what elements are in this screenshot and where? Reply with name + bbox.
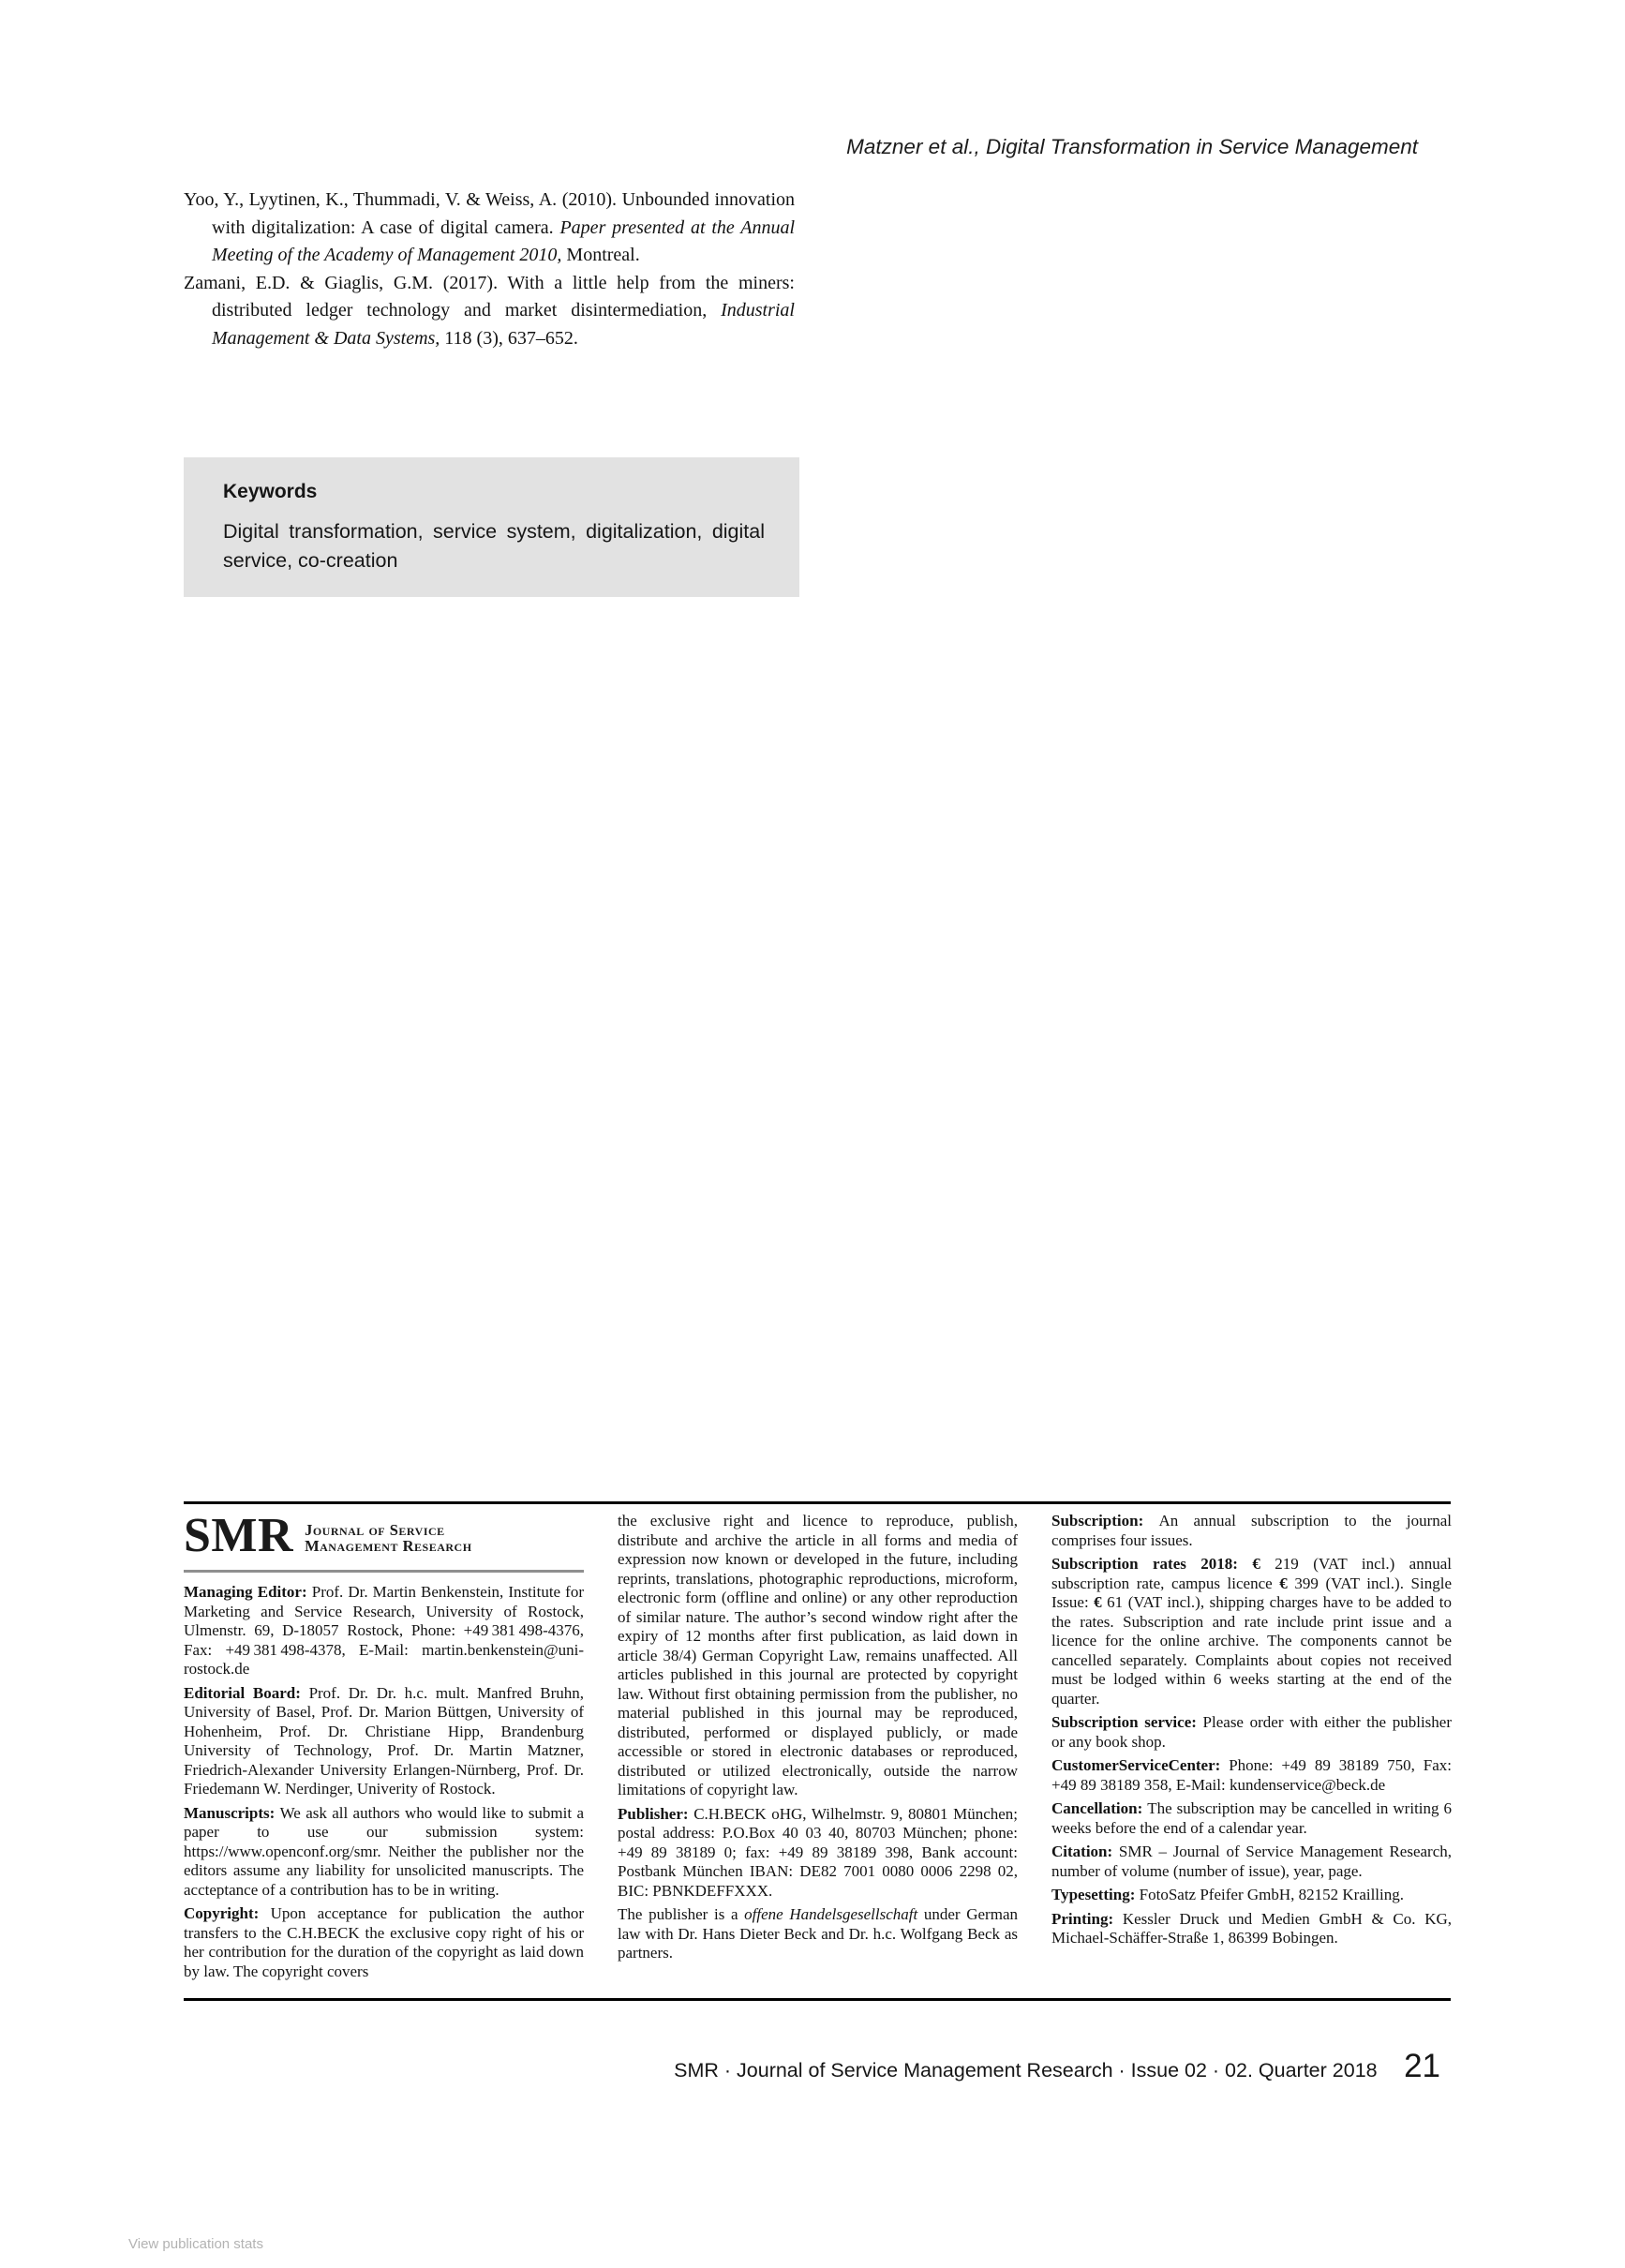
view-publication-stats-link[interactable]: View publication stats — [128, 2236, 263, 2252]
smr-logo-subtitle-line1: Journal of Service — [305, 1522, 471, 1538]
reference-entry: Zamani, E.D. & Giaglis, G.M. (2017). Wit… — [184, 270, 795, 353]
imprint-paragraph-subscription-rates: Subscription rates 2018: € 219 (VAT incl… — [1051, 1555, 1452, 1708]
imprint-paragraph-partnership: The publisher is a offene Handelsgesells… — [618, 1905, 1018, 1963]
imprint-paragraph-subscription-service: Subscription service: Please order with … — [1051, 1713, 1452, 1752]
keywords-heading: Keywords — [223, 481, 764, 503]
keywords-text: Digital transformation, service system, … — [223, 517, 765, 575]
imprint-paragraph-cancellation: Cancellation: The subscription may be ca… — [1051, 1799, 1452, 1838]
page-footer: SMR · Journal of Service Management Rese… — [0, 2048, 1440, 2085]
smr-logo-subtitle-line2: Management Research — [305, 1538, 471, 1554]
imprint-paragraph-editorial-board: Editorial Board: Prof. Dr. Dr. h.c. mult… — [184, 1684, 584, 1799]
imprint-paragraph-managing-editor: Managing Editor: Prof. Dr. Martin Benken… — [184, 1583, 584, 1679]
imprint-paragraph-typesetting: Typesetting: FotoSatz Pfeifer GmbH, 8215… — [1051, 1886, 1452, 1905]
imprint-paragraph-customer-service: CustomerServiceCenter: Phone: +49 89 381… — [1051, 1756, 1452, 1795]
imprint-top-rule — [184, 1501, 1451, 1504]
reference-entry: Yoo, Y., Lyytinen, K., Thummadi, V. & We… — [184, 187, 795, 270]
footer-journal-line: SMR · Journal of Service Management Rese… — [674, 2059, 1377, 2081]
imprint-paragraph-copyright-continued: the exclusive right and licence to repro… — [618, 1512, 1018, 1800]
reference-list: Yoo, Y., Lyytinen, K., Thummadi, V. & We… — [184, 187, 795, 353]
imprint-paragraph-citation: Citation: SMR – Journal of Service Manag… — [1051, 1843, 1452, 1881]
imprint-paragraph-manuscripts: Manuscripts: We ask all authors who woul… — [184, 1804, 584, 1901]
running-head: Matzner et al., Digital Transformation i… — [0, 135, 1418, 159]
smr-logo: SMR Journal of Service Management Resear… — [184, 1515, 584, 1562]
imprint-bottom-rule — [184, 1998, 1451, 2001]
imprint-paragraph-publisher: Publisher: C.H.BECK oHG, Wilhelmstr. 9, … — [618, 1805, 1018, 1902]
imprint-column-publisher: the exclusive right and licence to repro… — [618, 1512, 1018, 1968]
imprint-paragraph-copyright: Copyright: Upon acceptance for publicati… — [184, 1904, 584, 1981]
smr-logo-subtitle: Journal of Service Management Research — [305, 1515, 471, 1554]
imprint-column-editorial: SMR Journal of Service Management Resear… — [184, 1512, 584, 1986]
keywords-box: Keywords Digital transformation, service… — [184, 457, 799, 597]
imprint-paragraph-printing: Printing: Kessler Druck und Medien GmbH … — [1051, 1910, 1452, 1948]
logo-divider-rule — [184, 1570, 584, 1573]
smr-logo-acronym: SMR — [184, 1515, 293, 1557]
imprint-paragraph-subscription: Subscription: An annual subscription to … — [1051, 1512, 1452, 1550]
journal-page: Matzner et al., Digital Transformation i… — [0, 0, 1625, 2268]
imprint-column-subscription: Subscription: An annual subscription to … — [1051, 1512, 1452, 1953]
footer-page-number: 21 — [1404, 2048, 1440, 2084]
